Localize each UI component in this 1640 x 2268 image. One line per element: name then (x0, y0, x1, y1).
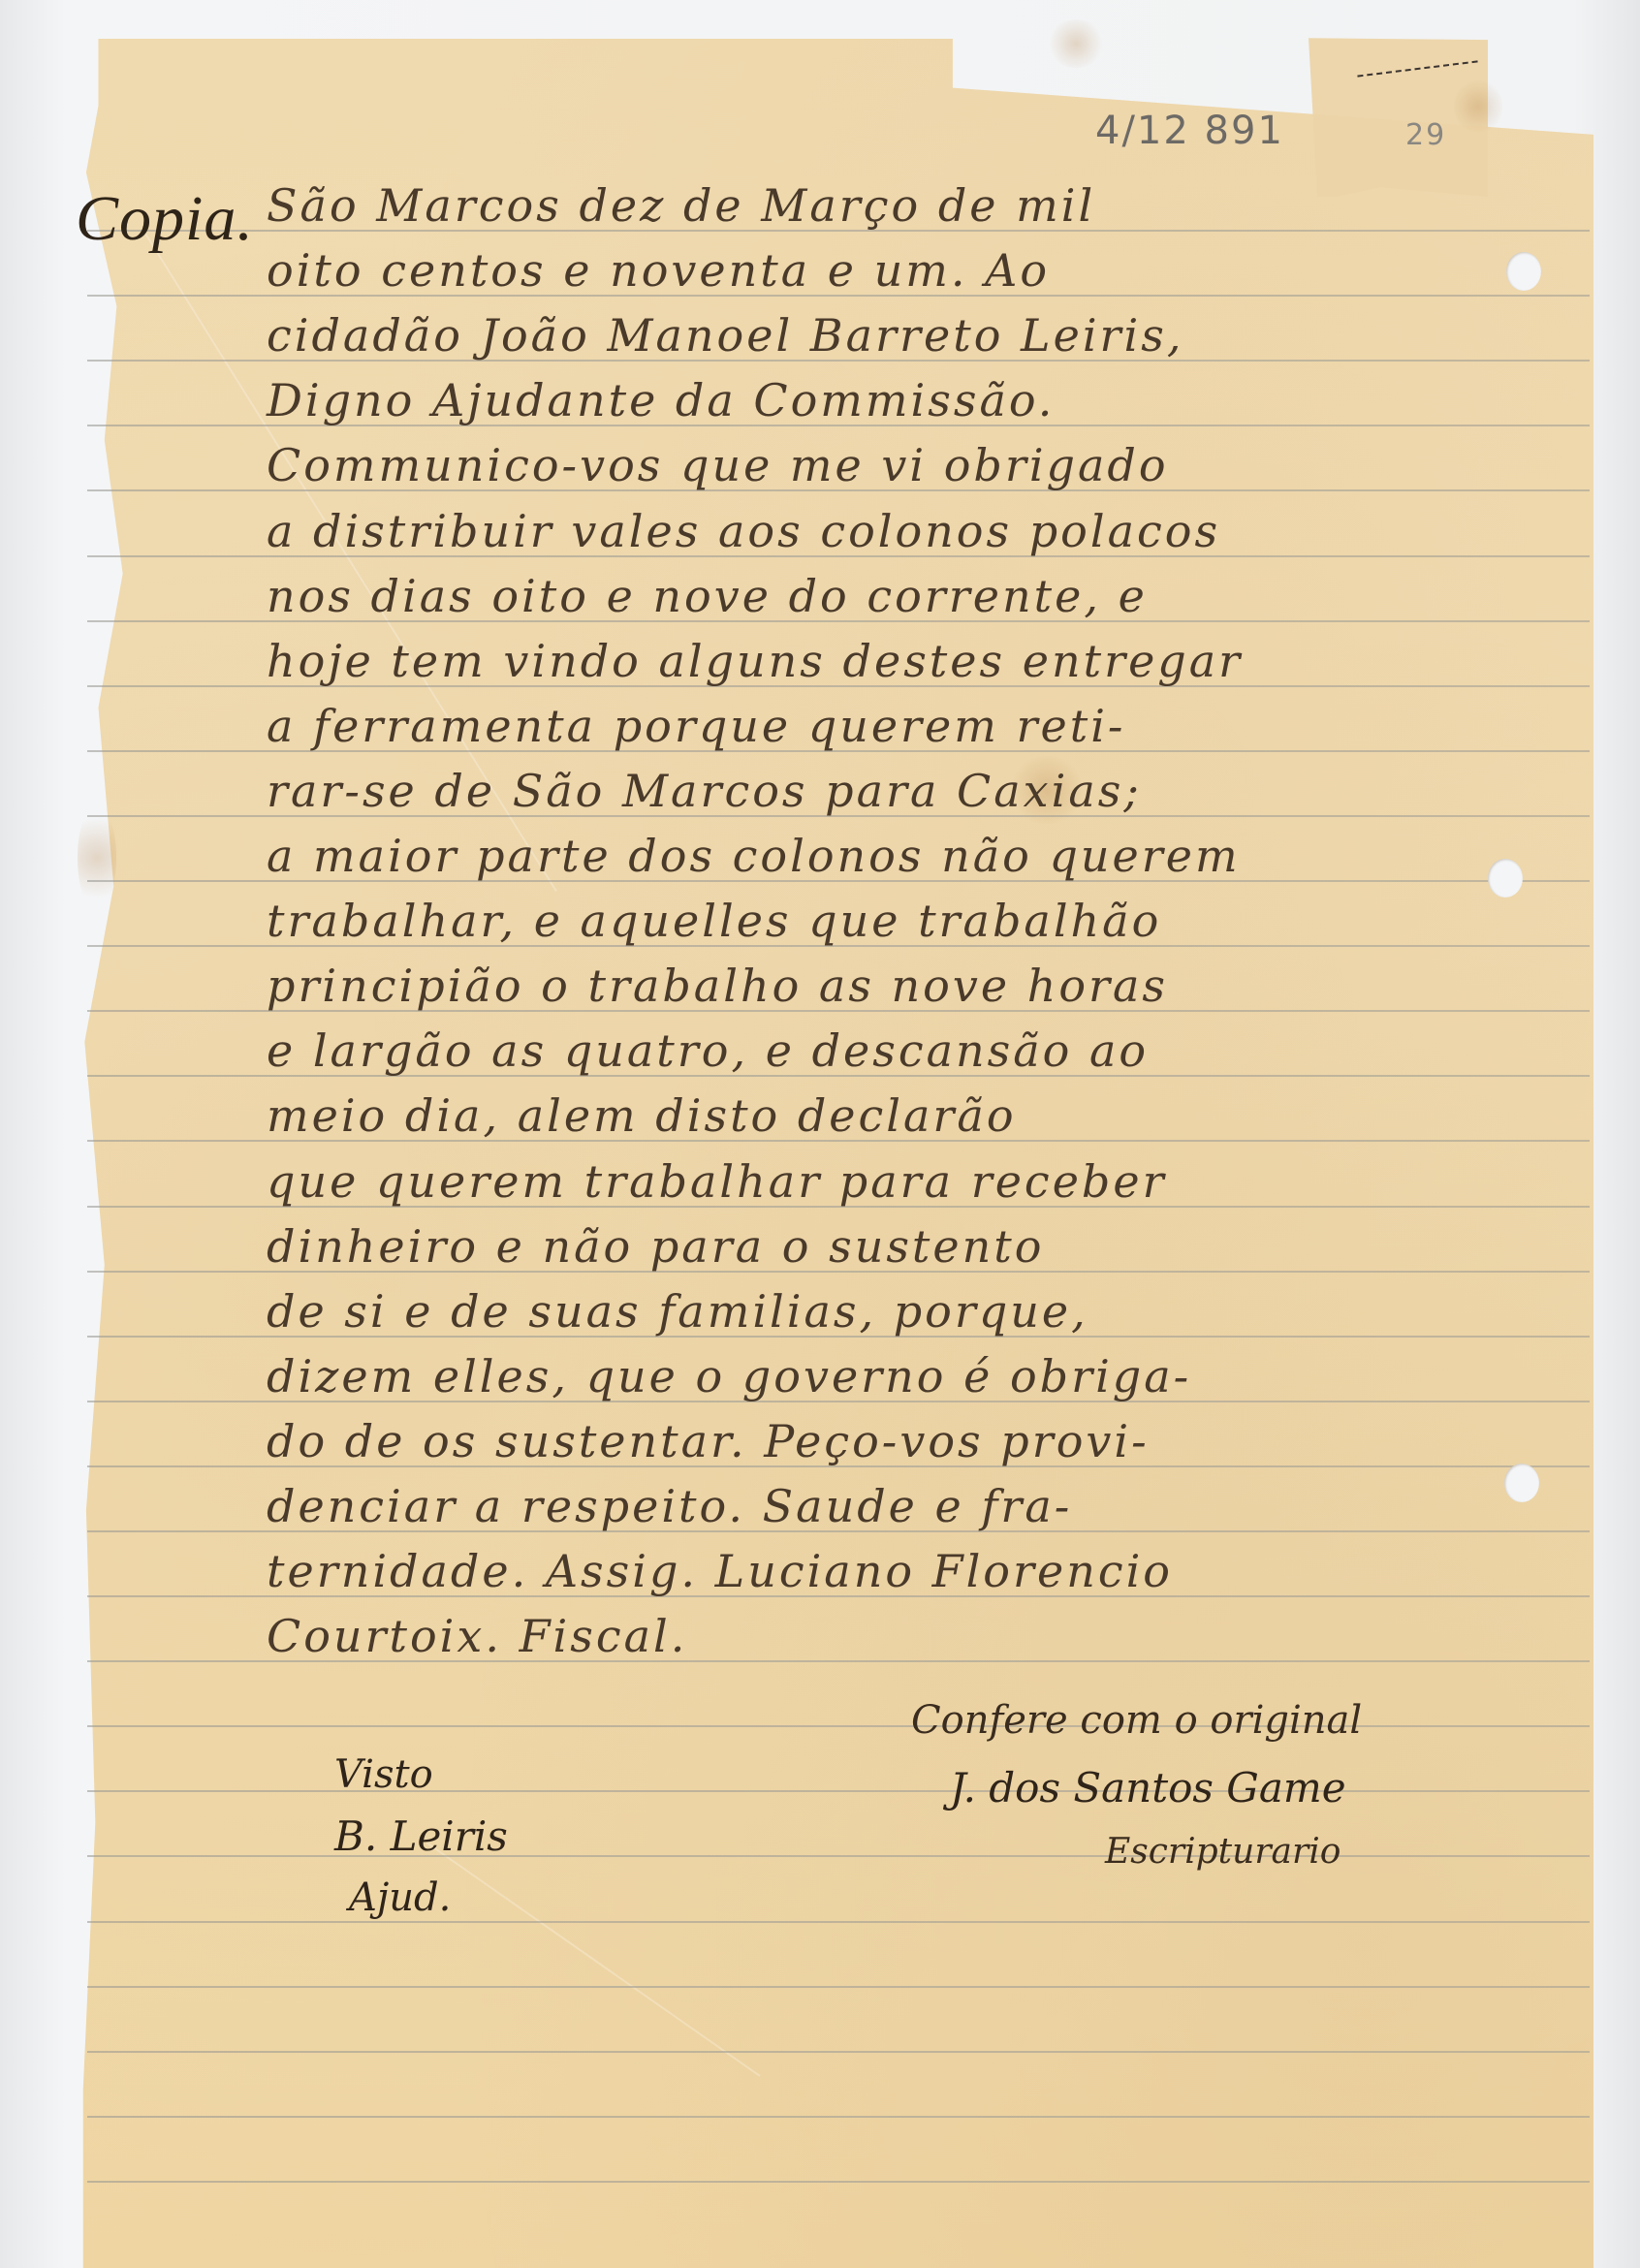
letter-line: a distribuir vales aos colonos polacos (267, 509, 1220, 553)
letter-line: cidadão João Manoel Barreto Leiris, (267, 313, 1183, 358)
letter-line: ternidade. Assig. Luciano Florencio (267, 1549, 1173, 1593)
letter-line: nos dias oito e nove do corrente, e (267, 574, 1148, 618)
letter-line: meio dia, alem disto declarão (267, 1093, 1017, 1138)
letter-line: principião o trabalho as nove horas (267, 963, 1168, 1008)
visto-role: Ajud. (349, 1875, 451, 1920)
ruled-line (87, 2181, 1590, 2183)
punch-hole (1504, 1464, 1539, 1502)
certification-line: Confere com o original (911, 1698, 1362, 1743)
punch-hole (1488, 859, 1523, 898)
letter-line: São Marcos dez de Março de mil (267, 183, 1095, 228)
page-number: 29 (1405, 118, 1446, 152)
letter-line: a ferramenta porque querem reti- (267, 704, 1125, 748)
letter-line: Digno Ajudante da Commissão. (267, 378, 1055, 423)
stain (1454, 78, 1502, 136)
letter-line: oito centos e noventa e um. Ao (267, 248, 1050, 293)
letter-line: que querem trabalhar para receber (267, 1159, 1167, 1204)
ruled-line (87, 1921, 1590, 1923)
letter-line: e largão as quatro, e descansão ao (267, 1028, 1149, 1073)
punch-hole (1506, 252, 1541, 291)
letter-line: a maior parte dos colonos não querem (267, 834, 1241, 878)
letter-line: dizem elles, que o governo é obriga- (267, 1354, 1191, 1399)
letter-line: dinheiro e não para o sustento (267, 1224, 1044, 1269)
letter-line: rar-se de São Marcos para Caxias; (267, 769, 1142, 813)
document-heading: Copia. (76, 182, 254, 256)
letter-line: de si e de suas familias, porque, (267, 1289, 1088, 1334)
archive-reference-number: 4/12 891 (1095, 109, 1284, 153)
stain (1047, 19, 1105, 68)
stain (78, 804, 116, 911)
ruled-line (87, 1790, 1590, 1792)
letter-line: trabalhar, e aquelles que trabalhão (267, 898, 1161, 943)
letter-line: hoje tem vindo alguns destes entregar (267, 639, 1243, 683)
visto-signature: B. Leiris (334, 1812, 508, 1860)
letter-line: Courtoix. Fiscal. (267, 1614, 687, 1658)
letter-line: denciar a respeito. Saude e fra- (267, 1484, 1072, 1528)
ruled-line (87, 1986, 1590, 1988)
ruled-line (87, 1725, 1590, 1727)
ruled-line (87, 1855, 1590, 1857)
paper-sheet (68, 39, 1593, 2268)
scribe-signature: J. dos Santos Game (950, 1764, 1346, 1811)
ruled-line (87, 2051, 1590, 2053)
ruled-line (87, 2116, 1590, 2118)
scribe-role: Escripturario (1105, 1832, 1340, 1872)
letter-line: Communico-vos que me vi obrigado (267, 443, 1169, 488)
visto-label: Visto (334, 1752, 433, 1797)
letter-line: do de os sustentar. Peço-vos provi- (267, 1419, 1150, 1464)
